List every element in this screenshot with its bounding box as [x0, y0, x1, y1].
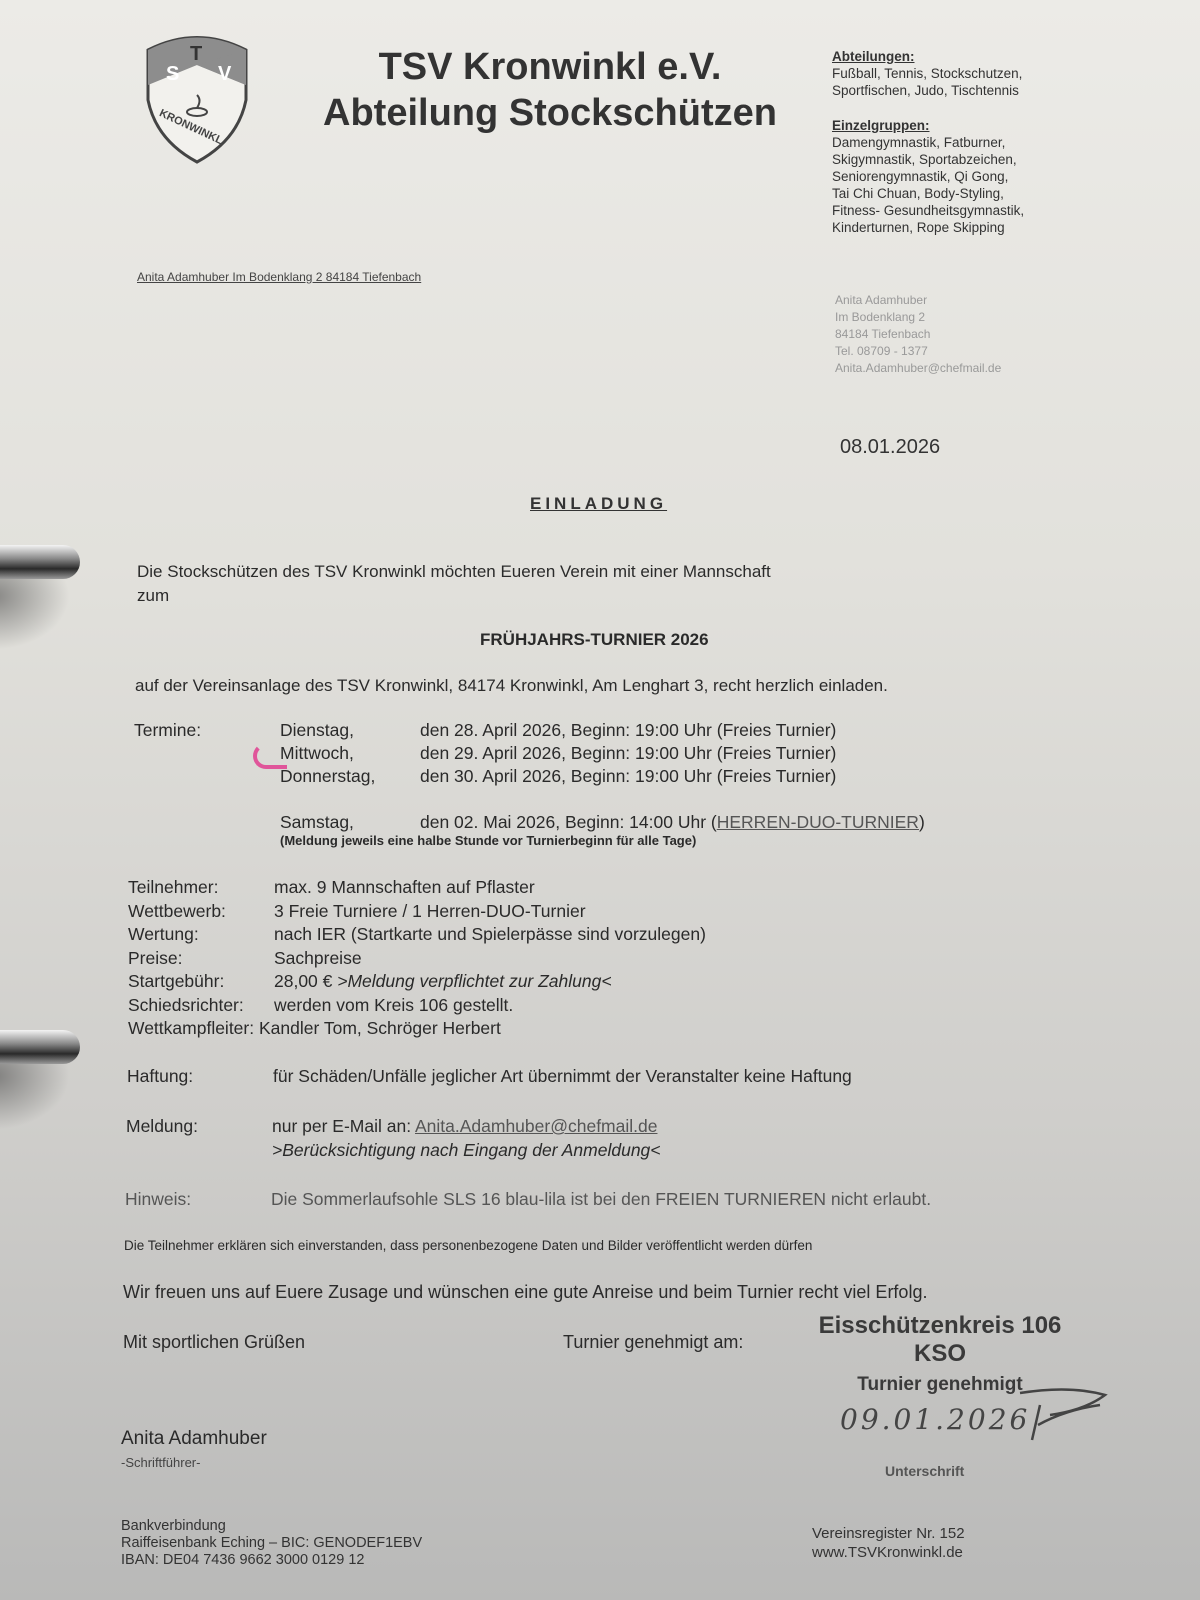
intro-line: Die Stockschützen des TSV Kronwinkl möch…: [137, 562, 771, 582]
schedule-detail: den 02. Mai 2026, Beginn: 14:00 Uhr (HER…: [420, 812, 925, 835]
groups-line: Damengymnastik, Fatburner,: [832, 134, 1024, 151]
groups-line: Tai Chi Chuan, Body-Styling,: [832, 185, 1024, 202]
venue-line: auf der Vereinsanlage des TSV Kronwinkl,…: [135, 676, 888, 696]
closing-text: Wir freuen uns auf Euere Zusage und wüns…: [123, 1282, 927, 1303]
contact-line: 84184 Tiefenbach: [835, 326, 1001, 343]
contact-line: Anita Adamhuber: [835, 292, 1001, 309]
sender-address-line: Anita Adamhuber Im Bodenklang 2 84184 Ti…: [137, 270, 421, 284]
bank-details: Bankverbindung Raiffeisenbank Eching – B…: [121, 1518, 422, 1569]
groups-line: Seniorengymnastik, Qi Gong,: [832, 168, 1024, 185]
detail-label: Wettbewerb:: [128, 900, 274, 924]
detail-value: 3 Freie Turniere / 1 Herren-DUO-Turnier: [274, 900, 706, 924]
contact-block: Anita Adamhuber Im Bodenklang 2 84184 Ti…: [835, 292, 1001, 377]
schedule-day: Samstag,: [280, 812, 420, 835]
liability-row: Haftung:für Schäden/Unfälle jeglicher Ar…: [127, 1065, 852, 1089]
departments-line: Fußball, Tennis, Stockschutzen,: [832, 65, 1024, 82]
herren-duo-link[interactable]: HERREN-DUO-TURNIER: [717, 812, 919, 832]
departments-block: Abteilungen: Fußball, Tennis, Stockschut…: [832, 48, 1024, 236]
schedule-day: Dienstag,: [280, 720, 420, 743]
contact-line: Anita.Adamhuber@chefmail.de: [835, 360, 1001, 377]
schedule-row: Samstag, den 02. Mai 2026, Beginn: 14:00…: [134, 812, 925, 835]
detail-label: Startgebühr:: [128, 970, 274, 994]
groups-label: Einzelgruppen:: [832, 117, 1024, 134]
approval-stamp: Eisschützenkreis 106 KSO Turnier genehmi…: [795, 1312, 1085, 1396]
iban-line: IBAN: DE04 7436 9662 3000 0129 12: [121, 1552, 422, 1569]
schedule-row: Donnerstag, den 30. April 2026, Beginn: …: [134, 766, 925, 789]
detail-label: Wertung:: [128, 923, 274, 947]
groups-line: Fitness- Gesundheitsgymnastik,: [832, 202, 1024, 219]
departments-label: Abteilungen:: [832, 48, 1024, 65]
club-crest-logo: S T V KRONWINKL: [138, 30, 256, 165]
detail-label: Teilnehmer:: [128, 876, 274, 900]
detail-value: werden vom Kreis 106 gestellt.: [274, 994, 706, 1018]
department-name: Abteilung Stockschützen: [270, 92, 830, 135]
register-number: Vereinsregister Nr. 152: [812, 1524, 965, 1543]
detail-label: Preise:: [128, 947, 274, 971]
register-block: Vereinsregister Nr. 152 www.TSVKronwinkl…: [812, 1524, 965, 1562]
registration-row: Meldung:nur per E-Mail an: Anita.Adamhub…: [126, 1115, 661, 1162]
detail-value: Sachpreise: [274, 947, 706, 971]
schedule-day: Donnerstag,: [280, 766, 420, 789]
details-table: Teilnehmer:max. 9 Mannschaften auf Pflas…: [128, 876, 706, 1041]
detail-row: Wettkampfleiter: Kandler Tom, Schröger H…: [128, 1017, 706, 1041]
detail-value: nach IER (Startkarte und Spielerpässe si…: [274, 923, 706, 947]
svg-text:S: S: [166, 63, 179, 85]
schedule-table: Termine: Dienstag, den 28. April 2026, B…: [134, 720, 925, 835]
pink-highlight-mark: [253, 743, 287, 769]
binder-ring-bottom: [0, 1030, 80, 1064]
signer-name: Anita Adamhuber: [121, 1428, 267, 1450]
bank-label: Bankverbindung: [121, 1518, 422, 1535]
signature-label: Unterschrift: [885, 1463, 964, 1479]
detail-value: 28,00 € >Meldung verpflichtet zur Zahlun…: [274, 970, 706, 994]
detail-value: max. 9 Mannschaften auf Pflaster: [274, 876, 706, 900]
binder-ring-top: [0, 545, 80, 579]
signature-scribble: [1010, 1385, 1120, 1445]
schedule-row: Termine: Dienstag, den 28. April 2026, B…: [134, 720, 925, 743]
letter-date: 08.01.2026: [840, 436, 940, 459]
groups-line: Skigymnastik, Sportabzeichen,: [832, 151, 1024, 168]
groups-line: Kinderturnen, Rope Skipping: [832, 219, 1024, 236]
schedule-detail: den 30. April 2026, Beginn: 19:00 Uhr (F…: [420, 766, 925, 789]
detail-label: Schiedsrichter:: [128, 994, 274, 1018]
registration-time-note: (Meldung jeweils eine halbe Stunde vor T…: [280, 833, 696, 848]
schedule-detail: den 29. April 2026, Beginn: 19:00 Uhr (F…: [420, 743, 925, 766]
tournament-title: FRÜHJAHRS-TURNIER 2026: [480, 630, 709, 650]
intro-line: zum: [137, 586, 169, 606]
departments-line: Sportfischen, Judo, Tischtennis: [832, 82, 1024, 99]
signer-role: -Schriftführer-: [121, 1455, 200, 1470]
hint-row: Hinweis:Die Sommerlaufsohle SLS 16 blau-…: [125, 1188, 931, 1212]
svg-text:T: T: [190, 43, 202, 65]
approved-label: Turnier genehmigt am:: [563, 1332, 743, 1353]
schedule-label: Termine:: [134, 720, 280, 743]
schedule-detail: den 28. April 2026, Beginn: 19:00 Uhr (F…: [420, 720, 925, 743]
consent-text: Die Teilnehmer erklären sich einverstand…: [124, 1238, 812, 1253]
greeting-text: Mit sportlichen Grüßen: [123, 1332, 305, 1353]
contact-line: Im Bodenklang 2: [835, 309, 1001, 326]
handwritten-approval-date: 09.01.2026: [840, 1403, 1030, 1436]
registration-email-link[interactable]: Anita.Adamhuber@chefmail.de: [415, 1116, 657, 1136]
bank-line: Raiffeisenbank Eching – BIC: GENODEF1EBV: [121, 1535, 422, 1552]
club-name: TSV Kronwinkl e.V.: [270, 46, 830, 89]
svg-text:V: V: [218, 63, 232, 85]
letter-heading: EINLADUNG: [530, 494, 667, 514]
website-link[interactable]: www.TSVKronwinkl.de: [812, 1543, 965, 1562]
contact-line: Tel. 08709 - 1377: [835, 343, 1001, 360]
registration-note: >Berücksichtigung nach Eingang der Anmel…: [272, 1140, 661, 1160]
schedule-day: Mittwoch,: [280, 743, 420, 766]
